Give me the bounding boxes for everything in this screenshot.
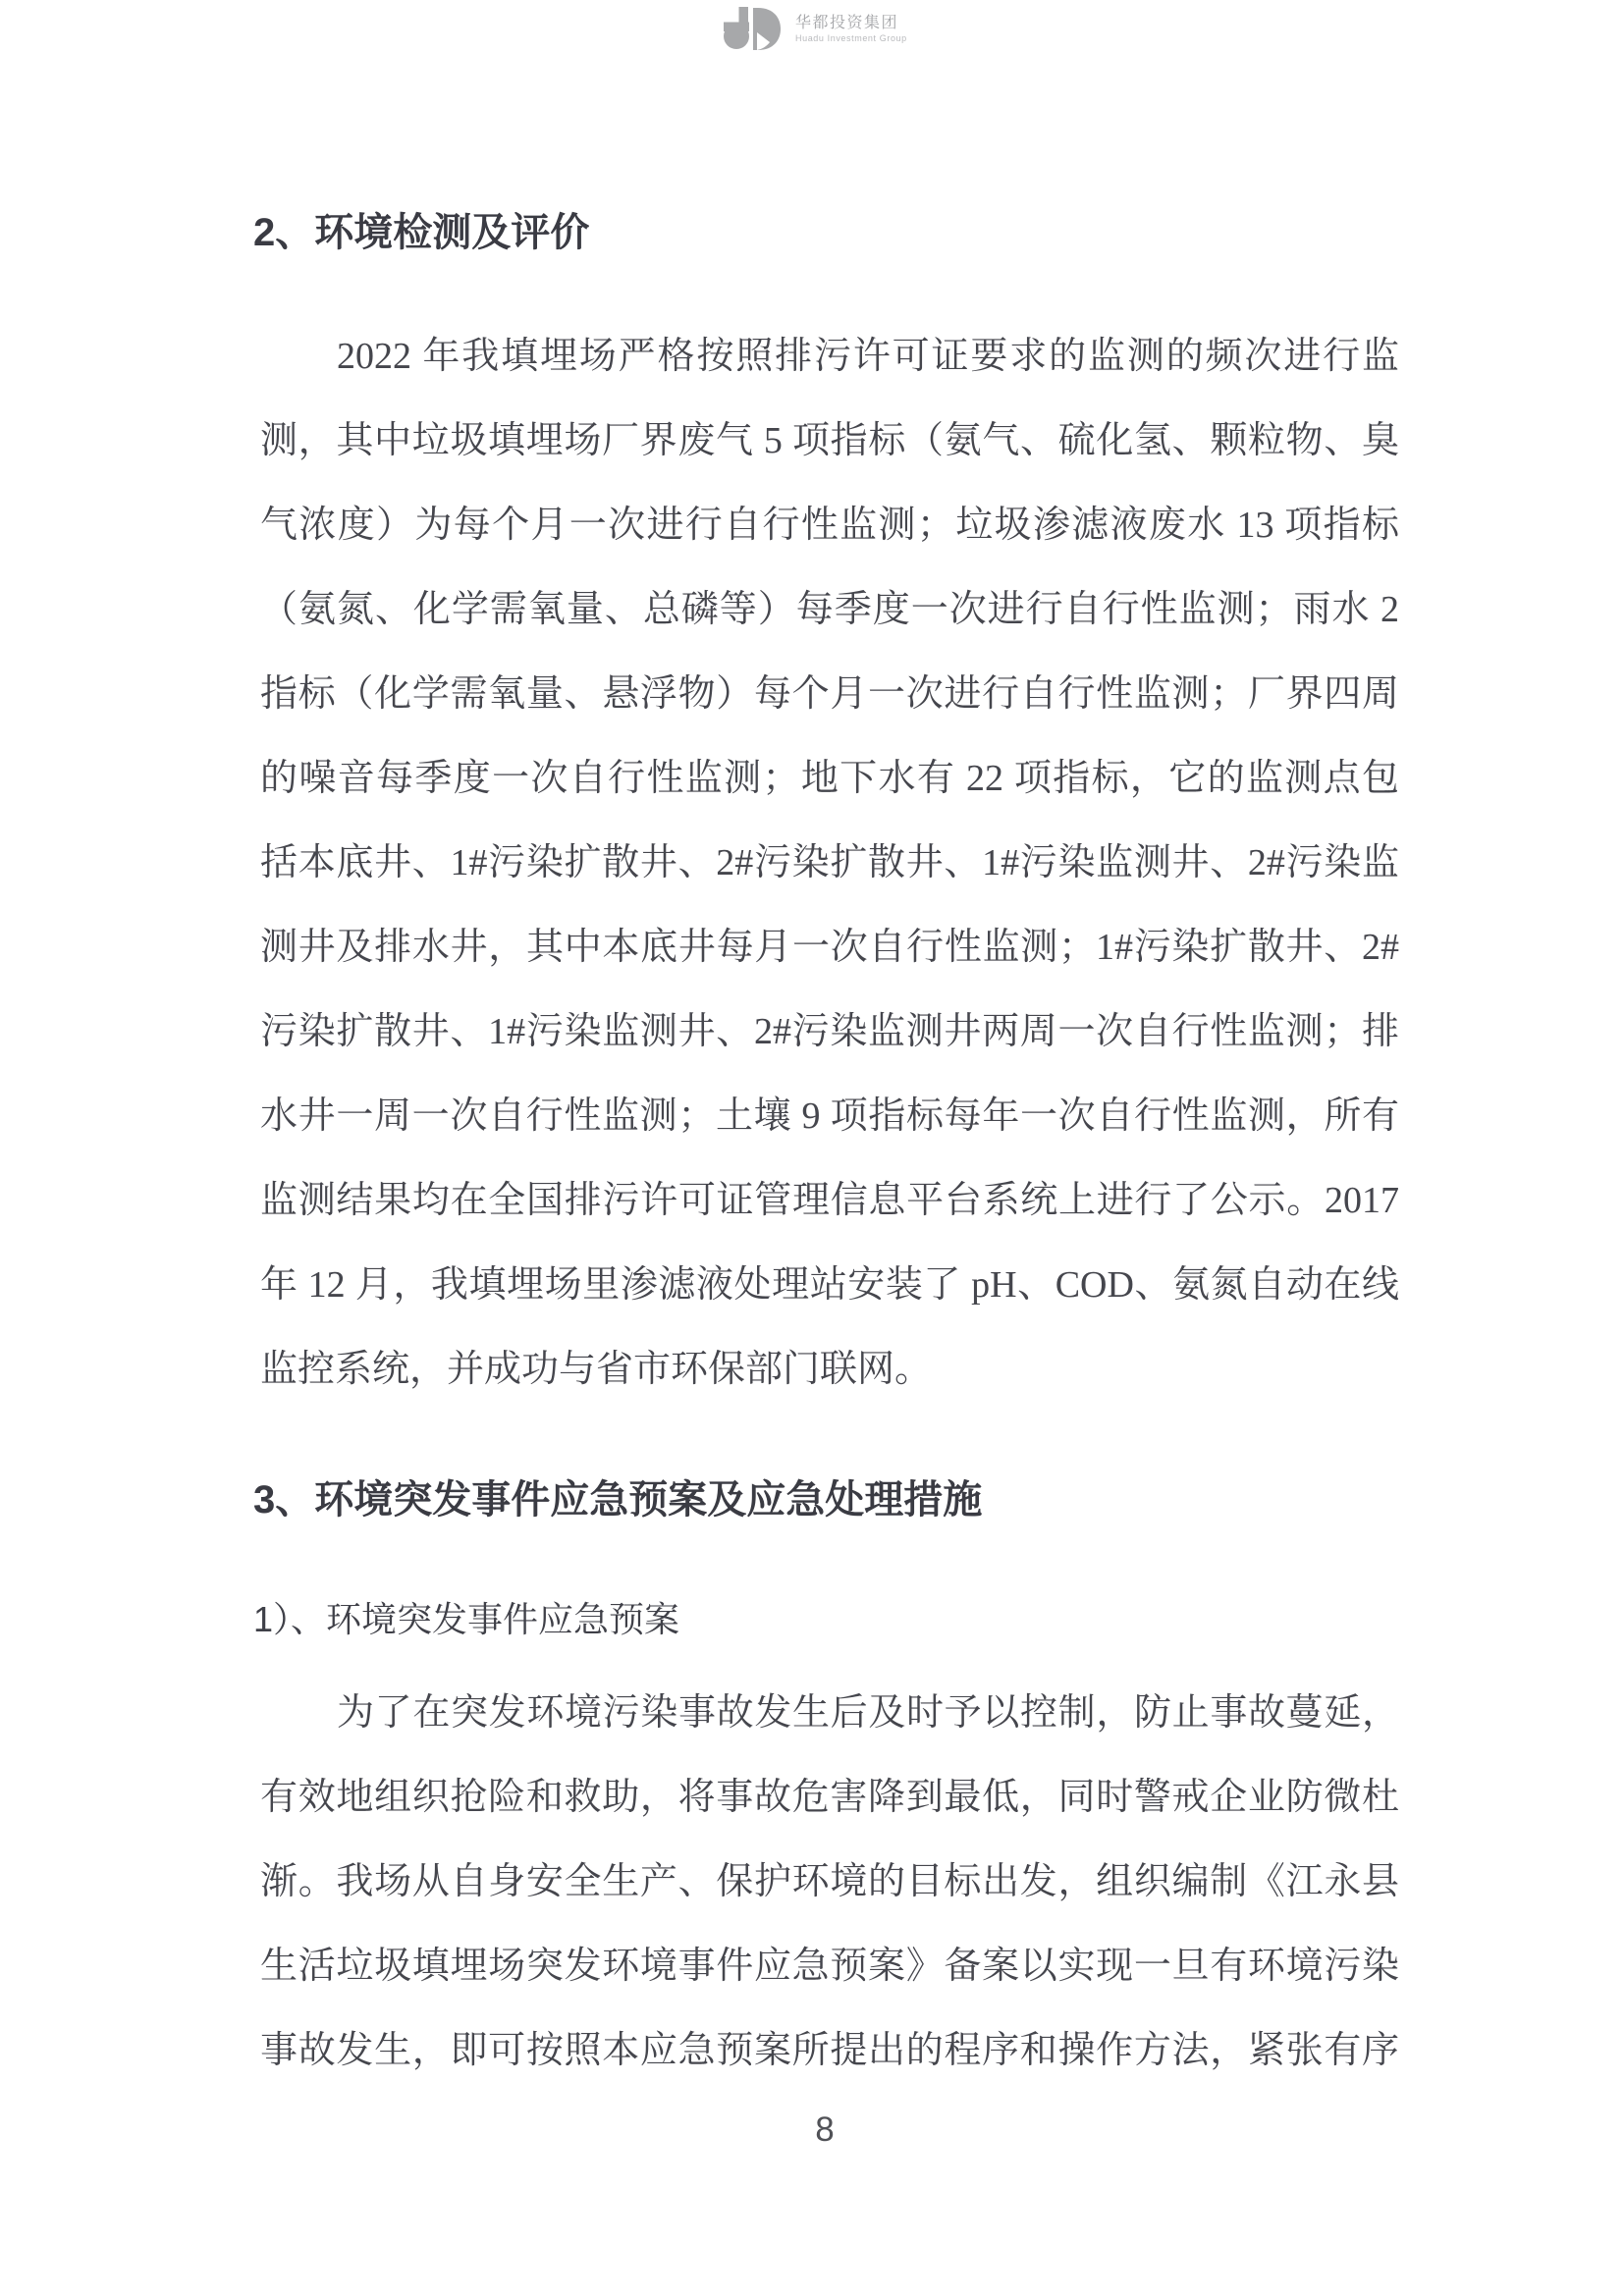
text-line: 年 12 月，我填埋场里渗滤液处理站安装了 pH、COD、氨氮自动在线 <box>260 1243 1399 1327</box>
letterhead: 华都投资集团 Huadu Investment Group <box>724 7 907 51</box>
text-line: 的噪音每季度一次自行性监测；地下水有 22 项指标，它的监测点包 <box>260 736 1399 821</box>
text-line: 括本底井、1#污染扩散井、2#污染扩散井、1#污染监测井、2#污染监 <box>260 821 1399 905</box>
text-line: 测井及排水井，其中本底井每月一次自行性监测；1#污染扩散井、2# <box>260 905 1399 989</box>
text-line: 为了在突发环境污染事故发生后及时予以控制，防止事故蔓延， <box>260 1671 1399 1755</box>
text-line: 污染扩散井、1#污染监测井、2#污染监测井两周一次自行性监测；排 <box>260 989 1399 1074</box>
text-line: 2022 年我填埋场严格按照排污许可证要求的监测的频次进行监 <box>260 314 1399 399</box>
section-heading-environment-monitoring: 2、环境检测及评价 <box>253 210 589 255</box>
paragraph-environment-monitoring: 2022 年我填埋场严格按照排污许可证要求的监测的频次进行监 测，其中垃圾填埋场… <box>260 314 1399 1412</box>
text-line: 有效地组织抢险和救助，将事故危害降到最低，同时警戒企业防微杜 <box>260 1755 1399 1840</box>
page-number: 8 <box>260 2110 1389 2150</box>
subsection-heading-emergency-plan: 1）、环境突发事件应急预案 <box>253 1598 679 1640</box>
text-line: 测，其中垃圾填埋场厂界废气 5 项指标（氨气、硫化氢、颗粒物、臭 <box>260 399 1399 483</box>
logo-company-name-en: Huadu Investment Group <box>795 34 907 43</box>
text-line: 监测结果均在全国排污许可证管理信息平台系统上进行了公示。2017 <box>260 1158 1399 1243</box>
text-line: 气浓度）为每个月一次进行自行性监测；垃圾渗滤液废水 13 项指标 <box>260 483 1399 567</box>
text-line: 生活垃圾填埋场突发环境事件应急预案》备案以实现一旦有环境污染 <box>260 1924 1399 2008</box>
text-line: （氨氮、化学需氧量、总磷等）每季度一次进行自行性监测；雨水 2 <box>260 567 1399 652</box>
section-heading-emergency-plan: 3、环境突发事件应急预案及应急处理措施 <box>253 1477 982 1522</box>
logo-company-name-cn: 华都投资集团 <box>795 15 907 32</box>
huadu-logo-icon <box>724 7 781 51</box>
text-line: 事故发生，即可按照本应急预案所提出的程序和操作方法，紧张有序 <box>260 2008 1399 2093</box>
text-line: 渐。我场从自身安全生产、保护环境的目标出发，组织编制《江永县 <box>260 1840 1399 1924</box>
document-page: 华都投资集团 Huadu Investment Group 2、环境检测及评价 … <box>0 0 1624 2296</box>
text-line: 监控系统，并成功与省市环保部门联网。 <box>260 1327 1399 1412</box>
paragraph-emergency-plan: 为了在突发环境污染事故发生后及时予以控制，防止事故蔓延， 有效地组织抢险和救助，… <box>260 1671 1399 2093</box>
text-line: 水井一周一次自行性监测；土壤 9 项指标每年一次自行性监测，所有 <box>260 1074 1399 1158</box>
logo-text: 华都投资集团 Huadu Investment Group <box>795 15 907 44</box>
text-line: 指标（化学需氧量、悬浮物）每个月一次进行自行性监测；厂界四周 <box>260 652 1399 736</box>
